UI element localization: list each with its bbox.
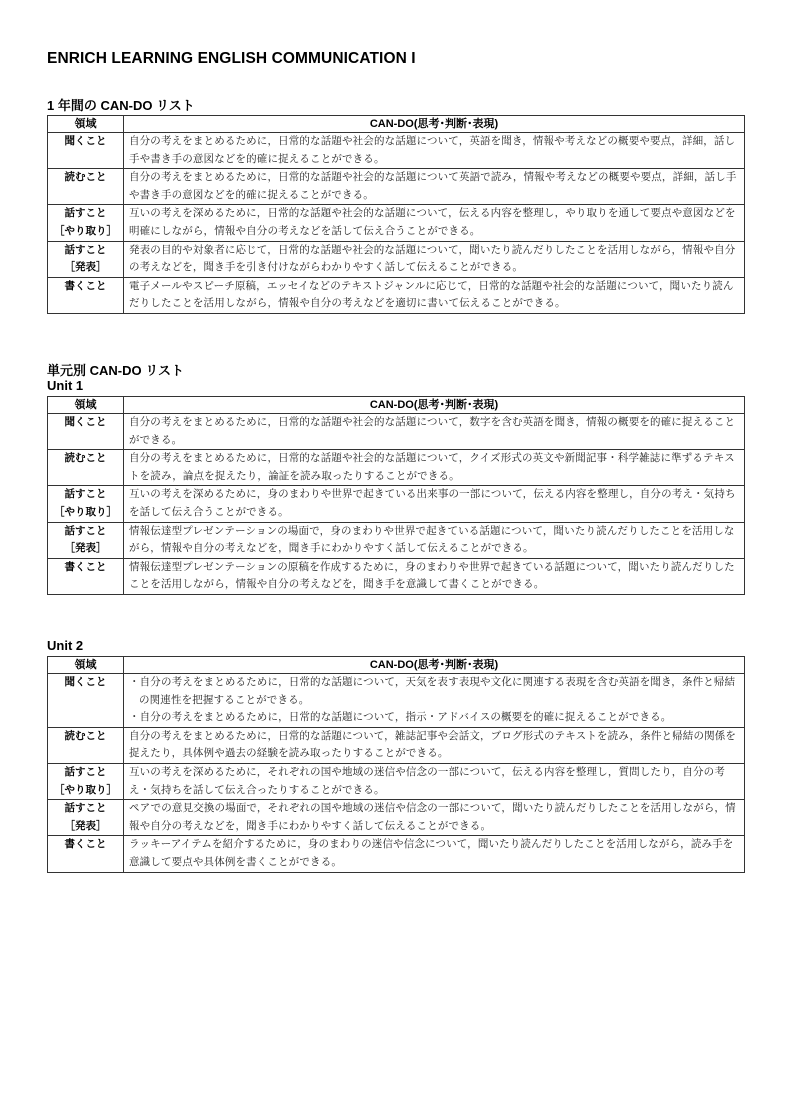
skill-area-cell: 話すこと［やり取り］ [48, 205, 124, 241]
cando-description-cell: 互いの考えを深めるために，日常的な話題や社会的な話題について，伝える内容を整理し… [124, 205, 745, 241]
skill-area-label: ［やり取り］ [50, 782, 121, 800]
cando-description-cell: 互いの考えを深めるために，それぞれの国や地域の迷信や信念の一部について，伝える内… [124, 763, 745, 799]
skill-area-label: ［発表］ [50, 540, 121, 558]
column-header-cando: CAN-DO(思考･判断･表現) [124, 116, 745, 133]
table-row: 話すこと［発表］ペアでの意見交換の場面で，それぞれの国や地域の迷信や信念の一部に… [48, 800, 745, 836]
unit2-rows: 聞くこと・自分の考えをまとめるために，日常的な話題について，天気を表す表現や文化… [48, 674, 745, 873]
cando-description-cell: 互いの考えを深めるために，身のまわりや世界で起きている出来事の一部について，伝え… [124, 486, 745, 522]
column-header-cando: CAN-DO(思考･判断･表現) [124, 397, 745, 414]
column-header-area: 領域 [48, 116, 124, 133]
skill-area-cell: 話すこと［発表］ [48, 522, 124, 558]
cando-description-cell: ラッキーアイテムを紹介するために，身のまわりの迷信や信念について，聞いたり読んだ… [124, 836, 745, 872]
cando-description-cell: 自分の考えをまとめるために，日常的な話題について，雑誌記事や会話文，ブログ形式の… [124, 727, 745, 763]
skill-area-label: ［やり取り］ [50, 223, 121, 241]
skill-area-label: ［発表］ [50, 259, 121, 277]
annual-cando-table: 領域 CAN-DO(思考･判断･表現) 聞くこと自分の考えをまとめるために，日常… [47, 115, 745, 314]
table-row: 話すこと［やり取り］互いの考えを深めるために，それぞれの国や地域の迷信や信念の一… [48, 763, 745, 799]
skill-area-cell: 書くこと [48, 277, 124, 313]
cando-description-cell: 発表の目的や対象者に応じて，日常的な話題や社会的な話題について，聞いたり読んだり… [124, 241, 745, 277]
cando-description-cell: 情報伝達型プレゼンテーションの原稿を作成するために，身のまわりや世界で起きている… [124, 558, 745, 594]
table-row: 読むこと自分の考えをまとめるために，日常的な話題や社会的な話題について，クイズ形… [48, 450, 745, 486]
table-header-row: 領域 CAN-DO(思考･判断･表現) [48, 397, 745, 414]
skill-area-cell: 読むこと [48, 450, 124, 486]
column-header-area: 領域 [48, 657, 124, 674]
skill-area-label: 書くこと [50, 278, 121, 296]
skill-area-label: 聞くこと [50, 674, 121, 692]
cando-description-cell: 自分の考えをまとめるために，日常的な話題や社会的な話題について英語で読み，情報や… [124, 169, 745, 205]
skill-area-cell: 読むこと [48, 169, 124, 205]
document-title: ENRICH LEARNING ENGLISH COMMUNICATION I [47, 50, 416, 68]
unit2-cando-table: 領域 CAN-DO(思考･判断･表現) 聞くこと・自分の考えをまとめるために，日… [47, 656, 745, 873]
cando-description-cell: 自分の考えをまとめるために，日常的な話題や社会的な話題について，数字を含む英語を… [124, 414, 745, 450]
table-row: 読むこと自分の考えをまとめるために，日常的な話題について，雑誌記事や会話文，ブロ… [48, 727, 745, 763]
cando-bullet: ・自分の考えをまとめるために，日常的な話題について，指示・アドバイスの概要を的確… [129, 709, 739, 727]
cando-bullet: ・自分の考えをまとめるために，日常的な話題について，天気を表す表現や文化に関連す… [129, 674, 739, 709]
skill-area-label: 読むこと [50, 169, 121, 187]
cando-description-cell: 自分の考えをまとめるために，日常的な話題や社会的な話題について，クイズ形式の英文… [124, 450, 745, 486]
skill-area-label: 話すこと [50, 800, 121, 818]
unit1-label: Unit 1 [47, 378, 83, 393]
skill-area-cell: 読むこと [48, 727, 124, 763]
table-row: 書くこと電子メールやスピーチ原稿，エッセイなどのテキストジャンルに応じて，日常的… [48, 277, 745, 313]
skill-area-cell: 書くこと [48, 836, 124, 872]
table-row: 書くことラッキーアイテムを紹介するために，身のまわりの迷信や信念について，聞いた… [48, 836, 745, 872]
cando-description-cell: 情報伝達型プレゼンテーションの場面で，身のまわりや世界で起きている話題について，… [124, 522, 745, 558]
skill-area-label: 話すこと [50, 242, 121, 260]
skill-area-label: 書くこと [50, 836, 121, 854]
table-header-row: 領域 CAN-DO(思考･判断･表現) [48, 116, 745, 133]
table-row: 話すこと［発表］情報伝達型プレゼンテーションの場面で，身のまわりや世界で起きてい… [48, 522, 745, 558]
skill-area-cell: 聞くこと [48, 414, 124, 450]
unit1-rows: 聞くこと自分の考えをまとめるために，日常的な話題や社会的な話題について，数字を含… [48, 414, 745, 595]
skill-area-cell: 話すこと［やり取り］ [48, 486, 124, 522]
skill-area-cell: 話すこと［やり取り］ [48, 763, 124, 799]
skill-area-cell: 聞くこと [48, 133, 124, 169]
cando-description-cell: 自分の考えをまとめるために，日常的な話題や社会的な話題について，英語を聞き，情報… [124, 133, 745, 169]
table-row: 読むこと自分の考えをまとめるために，日常的な話題や社会的な話題について英語で読み… [48, 169, 745, 205]
table-row: 話すこと［やり取り］互いの考えを深めるために，日常的な話題や社会的な話題について… [48, 205, 745, 241]
skill-area-cell: 話すこと［発表］ [48, 241, 124, 277]
table-row: 話すこと［やり取り］互いの考えを深めるために，身のまわりや世界で起きている出来事… [48, 486, 745, 522]
table-row: 話すこと［発表］発表の目的や対象者に応じて，日常的な話題や社会的な話題について，… [48, 241, 745, 277]
unit2-label: Unit 2 [47, 638, 83, 653]
skill-area-label: 話すこと [50, 523, 121, 541]
table-row: 聞くこと・自分の考えをまとめるために，日常的な話題について，天気を表す表現や文化… [48, 674, 745, 728]
cando-description-cell: 電子メールやスピーチ原稿，エッセイなどのテキストジャンルに応じて，日常的な話題や… [124, 277, 745, 313]
unit-cando-heading: 単元別 CAN-DO リスト [47, 360, 184, 379]
column-header-area: 領域 [48, 397, 124, 414]
unit1-cando-table: 領域 CAN-DO(思考･判断･表現) 聞くこと自分の考えをまとめるために，日常… [47, 396, 745, 595]
annual-rows: 聞くこと自分の考えをまとめるために，日常的な話題や社会的な話題について，英語を聞… [48, 133, 745, 314]
skill-area-label: 話すこと [50, 205, 121, 223]
skill-area-label: ［やり取り］ [50, 504, 121, 522]
skill-area-label: 書くこと [50, 559, 121, 577]
table-row: 書くこと情報伝達型プレゼンテーションの原稿を作成するために，身のまわりや世界で起… [48, 558, 745, 594]
table-header-row: 領域 CAN-DO(思考･判断･表現) [48, 657, 745, 674]
skill-area-label: 話すこと [50, 764, 121, 782]
skill-area-label: 話すこと [50, 486, 121, 504]
skill-area-label: 聞くこと [50, 133, 121, 151]
cando-description-cell: ペアでの意見交換の場面で，それぞれの国や地域の迷信や信念の一部について，聞いたり… [124, 800, 745, 836]
skill-area-label: 読むこと [50, 450, 121, 468]
skill-area-cell: 話すこと［発表］ [48, 800, 124, 836]
skill-area-label: 読むこと [50, 728, 121, 746]
table-row: 聞くこと自分の考えをまとめるために，日常的な話題や社会的な話題について，英語を聞… [48, 133, 745, 169]
column-header-cando: CAN-DO(思考･判断･表現) [124, 657, 745, 674]
table-row: 聞くこと自分の考えをまとめるために，日常的な話題や社会的な話題について，数字を含… [48, 414, 745, 450]
skill-area-cell: 書くこと [48, 558, 124, 594]
skill-area-label: 聞くこと [50, 414, 121, 432]
skill-area-cell: 聞くこと [48, 674, 124, 728]
annual-cando-heading: 1 年間の CAN-DO リスト [47, 95, 195, 114]
skill-area-label: ［発表］ [50, 818, 121, 836]
cando-description-cell: ・自分の考えをまとめるために，日常的な話題について，天気を表す表現や文化に関連す… [124, 674, 745, 728]
